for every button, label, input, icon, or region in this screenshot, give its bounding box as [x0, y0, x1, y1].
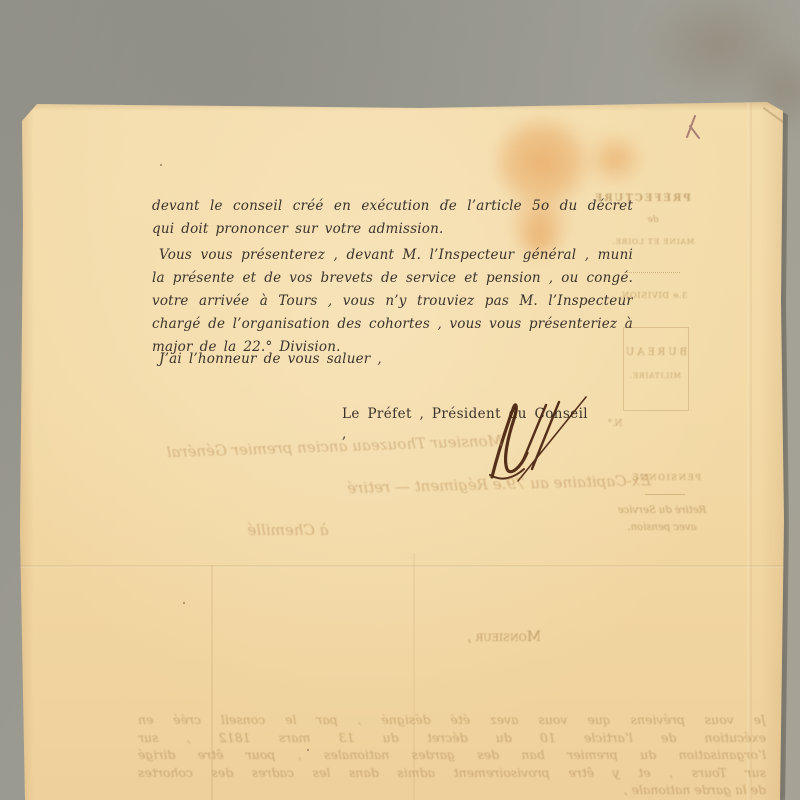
fold-crease-horizontal	[20, 565, 786, 568]
bleedthrough-numero: N.°	[594, 419, 636, 429]
bleedthrough-de: de	[615, 215, 691, 225]
paragraph-1: devant le conseil créé en exécution de l…	[152, 195, 633, 241]
bleedthrough-subject-1: Retiré du Service	[610, 505, 714, 516]
bleedthrough-prefecture: PRÉFECTURE	[615, 193, 691, 204]
letter-line: devant le conseil créé en exécution de l…	[152, 195, 633, 218]
bleedthrough-bureau: BUREAU	[610, 347, 700, 358]
letter-line: Vous vous présenterez , devant M. l’Insp…	[152, 244, 633, 267]
edge-crease	[747, 101, 752, 800]
bleedthrough-line: l’organisation du premier ban des gardes…	[138, 746, 766, 764]
paper-sheet: devant le conseil créé en exécution de l…	[20, 101, 786, 800]
dust-speck	[160, 164, 162, 166]
bleedthrough-subject-2: avec pension.	[618, 522, 706, 533]
closing-line: J’ai l’honneur de vous saluer ,	[152, 348, 633, 371]
letter-line: votre arrivée à Tours , vous n’y trouvie…	[152, 290, 633, 313]
bleedthrough-handwriting-3: à Chemillé	[210, 520, 366, 540]
bleedthrough-line: exécution de l’article 10 du décret du 1…	[138, 729, 766, 747]
paper-stain	[584, 131, 646, 187]
letter-line: qui doit prononcer sur votre admission.	[152, 218, 633, 241]
letter-line: la présente et de vos brevets de service…	[152, 267, 633, 290]
bleedthrough-handwriting-1: Monsieur Thouzeau ancien premier Général	[135, 431, 503, 464]
paragraph-2: Vous vous présenterez , devant M. l’Insp…	[152, 244, 633, 359]
photo-of-document: { "scene": { "background_color": "#9c9b9…	[0, 0, 800, 800]
bleedthrough-line: de la garde nationale ,	[138, 781, 766, 799]
dust-speck	[183, 602, 185, 604]
pencil-mark	[684, 113, 706, 141]
bleedthrough-rule	[645, 494, 685, 495]
bleedthrough-bureau-sub: MILITAIRE.	[610, 372, 700, 380]
bleedthrough-departement: MAINE ET LOIRE.	[610, 237, 696, 246]
bleedthrough-overleaf-paragraph: Je vous préviens que vous avez été désig…	[138, 711, 766, 799]
bleedthrough-handwriting-2: Ex-Capitaine au 79.e Régiment — retiré	[135, 470, 651, 504]
letter-line: chargé de l’organisation des cohortes , …	[152, 313, 633, 336]
bleedthrough-line: sur Tours , et y être provisoirement adm…	[138, 764, 766, 782]
bleedthrough-line: Je vous préviens que vous avez été désig…	[138, 711, 766, 729]
bleedthrough-salutation: Monsieur ,	[446, 629, 562, 645]
bleedthrough-dotted-rule	[625, 272, 680, 273]
bleedthrough-division: 3.e DIVISION.	[610, 291, 696, 301]
bleedthrough-bureau-box	[623, 327, 689, 411]
